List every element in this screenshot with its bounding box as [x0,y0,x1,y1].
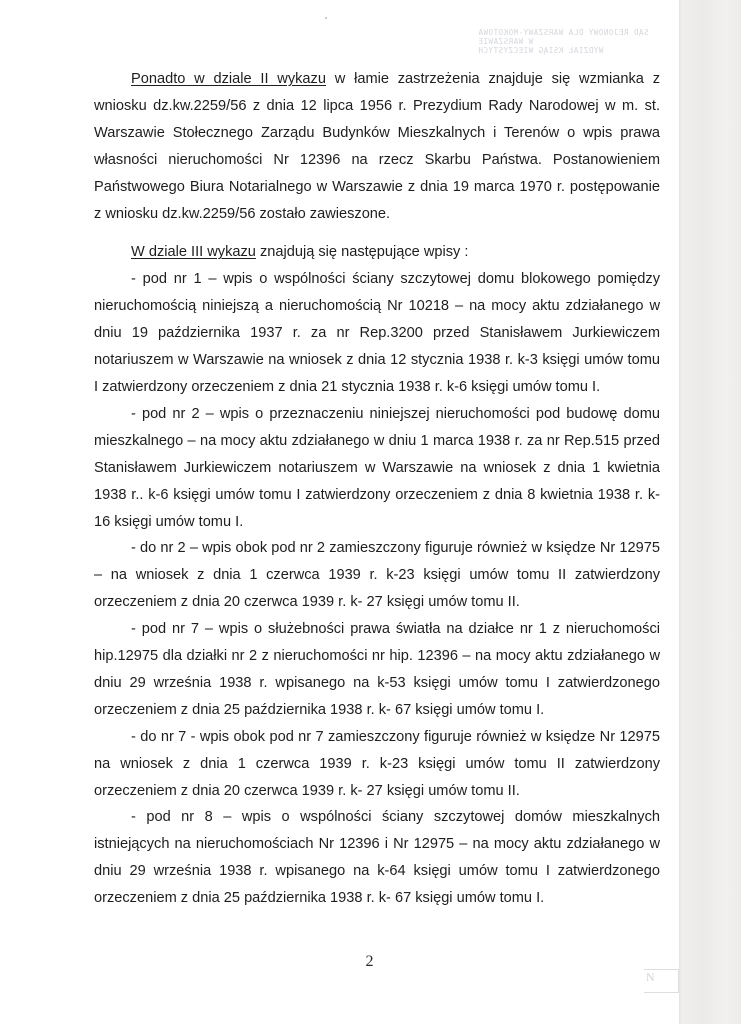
scan-edge-shadow [679,0,741,1024]
entry-pod-nr-8: - pod nr 8 – wpis o wspólności ściany sz… [94,804,660,912]
stamp-bleed-through: SĄD REJONOWY DLA WARSZAWY-MOKOTOWA W WAR… [478,28,683,55]
stamp-line: WYDZIAŁ KSIĄG WIECZYSTYCH [478,46,683,55]
entry-pod-nr-7: - pod nr 7 – wpis o służebności prawa św… [94,616,660,724]
bleed-through-box: N [644,969,679,993]
section-lead-dzial-ii: Ponadto w dziale II wykazu [131,71,326,87]
entry-do-nr-2: - do nr 2 – wpis obok pod nr 2 zamieszcz… [94,535,660,616]
paragraph-dzial-iii: W dziale III wykazu znajdują się następu… [94,239,660,266]
page-number: 2 [0,953,741,971]
paragraph-text: w łamie zastrzeżenia znajduje się wzmian… [94,71,660,222]
bleed-through-glyph: N [646,970,655,984]
paragraph-text: znajdują się następujące wpisy : [256,244,469,260]
document-page: SĄD REJONOWY DLA WARSZAWY-MOKOTOWA W WAR… [0,0,741,1024]
scan-speck [325,17,327,19]
paragraph-dzial-ii: Ponadto w dziale II wykazu w łamie zastr… [94,66,660,227]
entry-pod-nr-2: - pod nr 2 – wpis o przeznaczeniu niniej… [94,401,660,536]
stamp-line: SĄD REJONOWY DLA WARSZAWY-MOKOTOWA [478,28,683,37]
entry-do-nr-7: - do nr 7 - wpis obok pod nr 7 zamieszcz… [94,724,660,805]
entry-pod-nr-1: - pod nr 1 – wpis o wspólności ściany sz… [94,266,660,401]
page-number-text: 2 [366,953,374,970]
document-body: Ponadto w dziale II wykazu w łamie zastr… [94,66,660,912]
stamp-line: W WARSZAWIE [478,37,683,46]
section-lead-dzial-iii: W dziale III wykazu [131,244,256,260]
